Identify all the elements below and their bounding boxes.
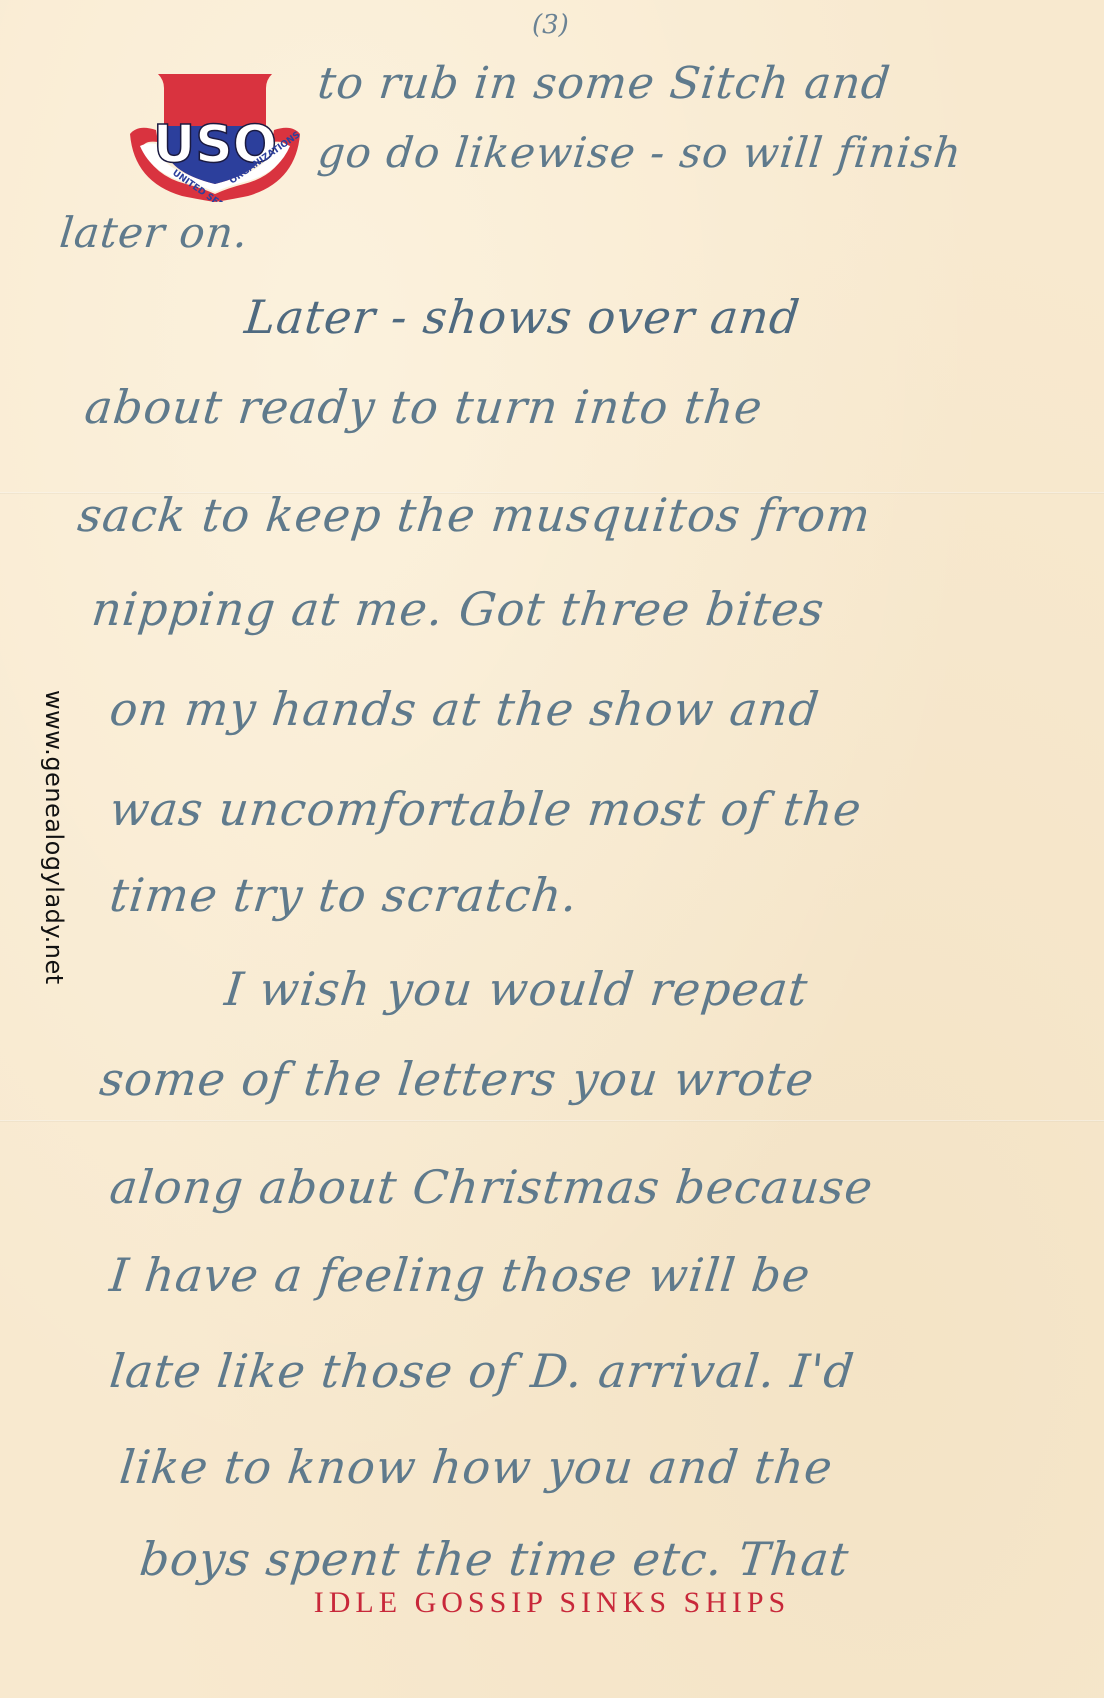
letter-line: late like those of D. arrival. I'd [107,1344,857,1398]
letter-line: was uncomfortable most of the [107,782,864,836]
page-number: (3) [532,10,569,40]
letter-page: USO UNITED SERVICE ORGANIZATIONS (3) to … [0,0,1104,1698]
letter-line: like to know how you and the [117,1440,836,1494]
letter-line: along about Christmas because [107,1160,876,1214]
letter-line: nipping at me. Got three bites [89,582,827,636]
letter-line: on my hands at the show and [107,682,822,736]
footer-slogan: IDLE GOSSIP SINKS SHIPS [0,1586,1104,1620]
letter-line: I wish you would repeat [222,962,811,1016]
letter-line: I have a feeling those will be [107,1248,813,1302]
letter-line: boys spent the time etc. That [137,1532,852,1586]
letter-line: go do likewise - so will finish [315,128,964,177]
letter-line: sack to keep the musquitos from [75,488,873,542]
letter-line: Later - shows over and [242,290,803,344]
letter-line: some of the letters you wrote [97,1052,817,1106]
letter-line: later on. [57,208,250,257]
uso-logo: USO UNITED SERVICE ORGANIZATIONS [128,72,302,202]
letter-line: to rub in some Sitch and [315,58,893,109]
watermark: www.genealogylady.net [32,690,68,1020]
letter-line: time try to scratch. [107,868,581,922]
uso-shield-icon: USO UNITED SERVICE ORGANIZATIONS [128,72,302,202]
letter-line: about ready to turn into the [82,380,765,434]
fold-crease [0,1120,1104,1122]
